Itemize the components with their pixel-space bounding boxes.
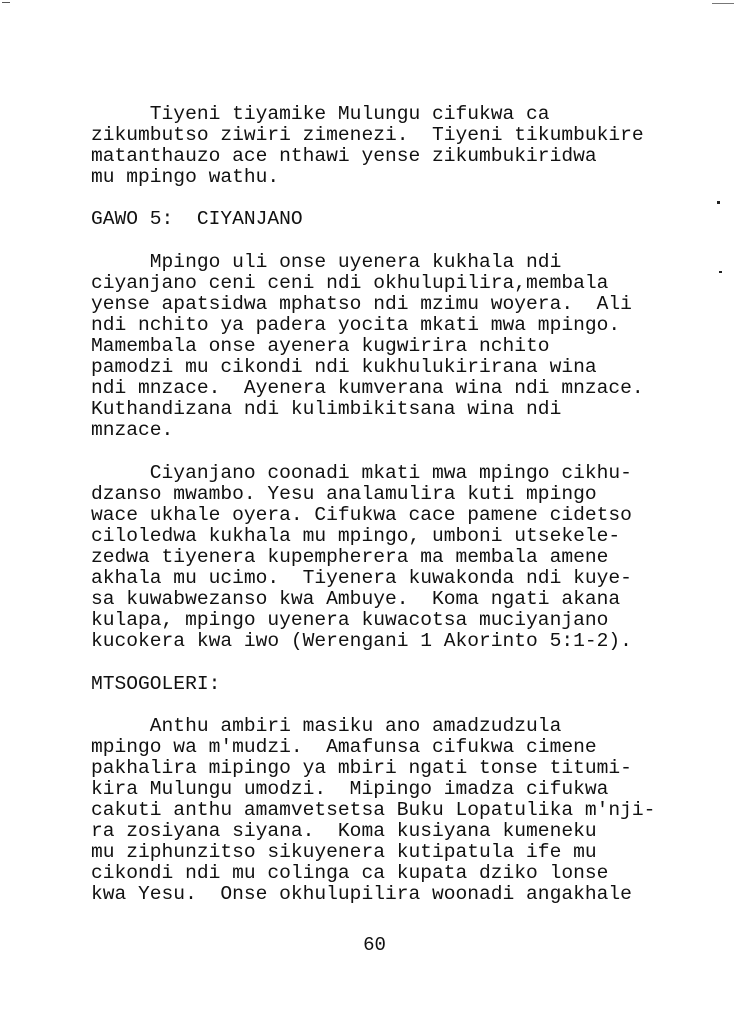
text-line: ndi mnzace. Ayenera kumverana wina ndi m… [91, 378, 731, 399]
text-line: kulapa, mpingo uyenera kuwacotsa muciyan… [91, 610, 731, 631]
document-page: Tiyeni tiyamike Mulungu cifukwa ca zikum… [91, 104, 731, 906]
text-line: zikumbutso ziwiri zimenezi. Tiyeni tikum… [91, 125, 731, 146]
paragraph-leader: Anthu ambiri masiku ano amadzudzula mpin… [91, 716, 731, 906]
paragraph-fellowship: Mpingo uli onse uyenera kukhala ndi ciya… [91, 252, 731, 442]
paragraph-remembrance: Tiyeni tiyamike Mulungu cifukwa ca zikum… [91, 104, 731, 188]
text-line: kira Mulungu umodzi. Mipingo imadza cifu… [91, 779, 731, 800]
text-line: mu mpingo wathu. [91, 167, 731, 188]
leader-heading: MTSOGOLERI: [91, 674, 731, 695]
text-line: mnzace. [91, 420, 731, 441]
text-line: matanthauzo ace nthawi yense zikumbukiri… [91, 146, 731, 167]
text-line: sa kuwabwezanso kwa Ambuye. Koma ngati a… [91, 589, 731, 610]
scan-mark [712, 3, 734, 4]
text-line: zedwa tiyenera kupempherera ma membala a… [91, 547, 731, 568]
text-line: pakhalira mipingo ya mbiri ngati tonse t… [91, 758, 731, 779]
text-line: Tiyeni tiyamike Mulungu cifukwa ca [91, 104, 731, 125]
text-line: ciyanjano ceni ceni ndi okhulupilira,mem… [91, 273, 731, 294]
text-line: wace ukhale oyera. Cifukwa cace pamene c… [91, 505, 731, 526]
scan-mark [2, 2, 10, 3]
text-line: kucokera kwa iwo (Werengani 1 Akorinto 5… [91, 631, 731, 652]
page-number: 60 [0, 934, 749, 956]
text-line: Anthu ambiri masiku ano amadzudzula [91, 716, 731, 737]
text-line: dzanso mwambo. Yesu analamulira kuti mpi… [91, 484, 731, 505]
text-line: yense apatsidwa mphatso ndi mzimu woyera… [91, 294, 731, 315]
text-line: ra zosiyana siyana. Koma kusiyana kumene… [91, 821, 731, 842]
text-line: cakuti anthu amamvetsetsa Buku Lopatulik… [91, 800, 731, 821]
text-line: mpingo wa m'mudzi. Amafunsa cifukwa cime… [91, 737, 731, 758]
paragraph-discipline: Ciyanjano coonadi mkati mwa mpingo cikhu… [91, 463, 731, 653]
text-line: ndi nchito ya padera yocita mkati mwa mp… [91, 315, 731, 336]
text-line: pamodzi mu cikondi ndi kukhulukirirana w… [91, 357, 731, 378]
text-line: Mamembala onse ayenera kugwirira nchito [91, 336, 731, 357]
text-line: Ciyanjano coonadi mkati mwa mpingo cikhu… [91, 463, 731, 484]
text-line: akhala mu ucimo. Tiyenera kuwakonda ndi … [91, 568, 731, 589]
text-line: kwa Yesu. Onse okhulupilira woonadi anga… [91, 884, 731, 905]
text-line: mu ziphunzitso sikuyenera kutipatula ife… [91, 842, 731, 863]
text-line: cikondi ndi mu colinga ca kupata dziko l… [91, 863, 731, 884]
text-line: ciloledwa kukhala mu mpingo, umboni utse… [91, 526, 731, 547]
text-line: Kuthandizana ndi kulimbikitsana wina ndi [91, 399, 731, 420]
section-heading: GAWO 5: CIYANJANO [91, 209, 731, 230]
text-line: Mpingo uli onse uyenera kukhala ndi [91, 252, 731, 273]
